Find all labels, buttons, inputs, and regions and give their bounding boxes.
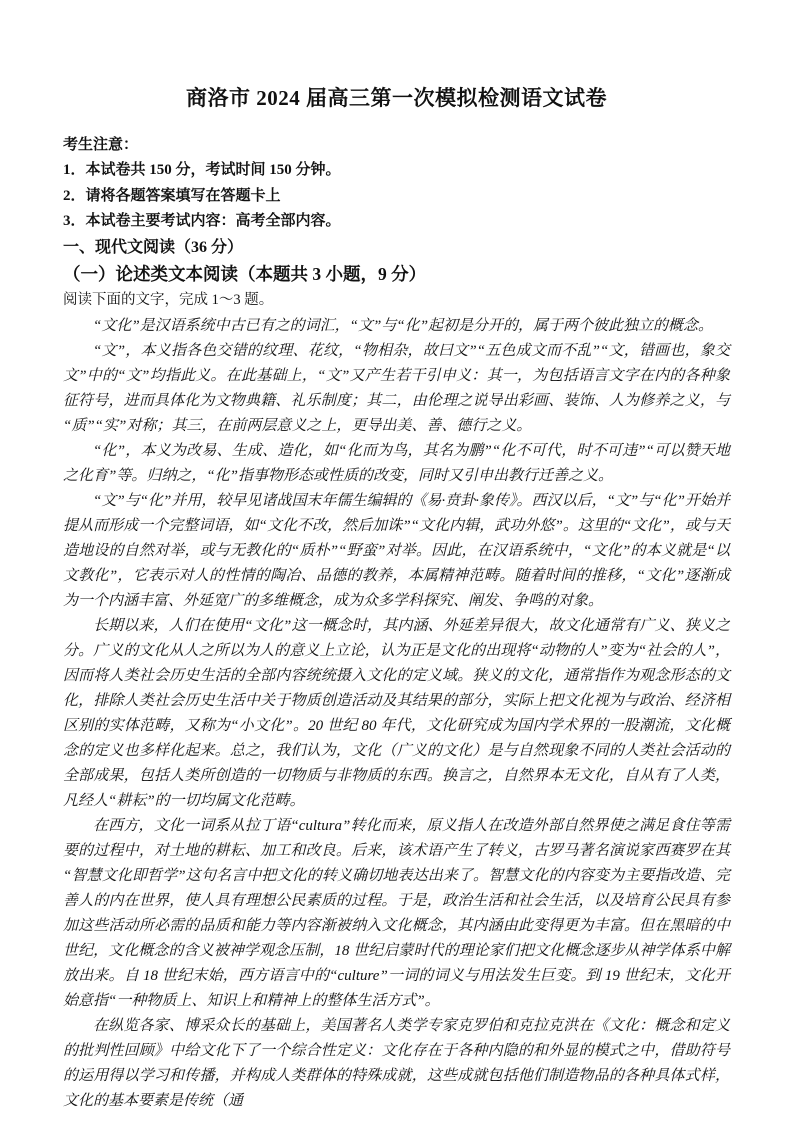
section-heading-argumentative-reading: （一）论述类文本阅读（本题共 3 小题，9 分） xyxy=(63,261,730,287)
passage-paragraph: “文化”是汉语系统中古已有之的词汇，“文”与“化”起初是分开的，属于两个彼此独立… xyxy=(63,314,730,339)
notice-item: 1．本试卷共 150 分，考试时间 150 分钟。 xyxy=(63,158,730,184)
page-title: 商洛市 2024 届高三第一次模拟检测语文试卷 xyxy=(63,84,730,112)
notice-item: 3．本试卷主要考试内容：高考全部内容。 xyxy=(63,209,730,235)
passage-paragraph: 在西方，文化一词系从拉丁语“cultura”转化而来，原义指人在改造外部自然界使… xyxy=(63,814,730,1014)
exam-page: 商洛市 2024 届高三第一次模拟检测语文试卷 考生注意： 1．本试卷共 150… xyxy=(0,0,793,1122)
passage: “文化”是汉语系统中古已有之的词汇，“文”与“化”起初是分开的，属于两个彼此独立… xyxy=(63,314,730,1114)
reading-instruction: 阅读下面的文字，完成 1～3 题。 xyxy=(63,287,730,313)
passage-paragraph: “文”与“化”并用，较早见诸战国末年儒生编辑的《易·贲卦·象传》。西汉以后，“文… xyxy=(63,489,730,614)
passage-paragraph: 在纵览各家、博采众长的基础上，美国著名人类学专家克罗伯和克拉克洪在《文化：概念和… xyxy=(63,1014,730,1114)
notice-item: 2．请将各题答案填写在答题卡上 xyxy=(63,184,730,210)
passage-paragraph: “化”，本义为改易、生成、造化，如“化而为鸟，其名为鹏”“化不可代，时不可违”“… xyxy=(63,439,730,489)
candidate-notice: 考生注意： 1．本试卷共 150 分，考试时间 150 分钟。 2．请将各题答案… xyxy=(63,132,730,235)
notice-list: 1．本试卷共 150 分，考试时间 150 分钟。 2．请将各题答案填写在答题卡… xyxy=(63,158,730,235)
notice-heading: 考生注意： xyxy=(63,132,730,158)
passage-paragraph: “文”，本义指各色交错的纹理、花纹，“物相杂，故曰文”“五色成文而不乱”“文，错… xyxy=(63,339,730,439)
passage-paragraph: 长期以来，人们在使用“文化”这一概念时，其内涵、外延差异很大，故文化通常有广义、… xyxy=(63,614,730,814)
section-heading-modern-reading: 一、现代文阅读（36 分） xyxy=(63,235,730,261)
